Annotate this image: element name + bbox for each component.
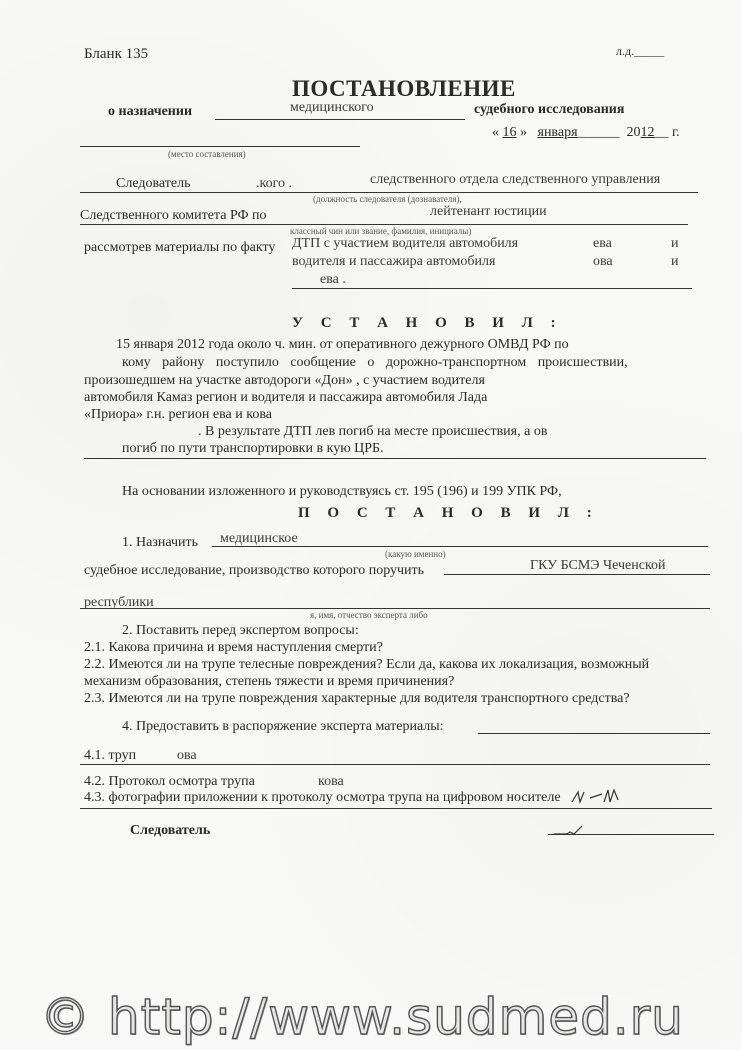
signature-icon <box>552 822 592 838</box>
date-month: января <box>538 125 578 140</box>
date-day: 16 <box>503 125 517 140</box>
investigator-department: следственного отдела следственного управ… <box>370 172 660 188</box>
signature-label: Следователь <box>130 823 210 839</box>
investigator-rank: лейтенант юстиции <box>430 204 547 220</box>
section-established: У С Т А Н О В И Л : <box>292 315 563 332</box>
facts-label: рассмотрев материалы по факту <box>84 240 275 256</box>
title-suffix: судебного исследования <box>474 102 624 118</box>
document-page: Бланк 135 л.д._____ ПОСТАНОВЛЕНИЕ о назн… <box>0 0 742 1050</box>
expert-org-field: ГКУ БСМЭ Чеченской <box>530 558 666 574</box>
material-item: 4.2. Протокол осмотра трупа <box>84 774 255 790</box>
title-prefix: о назначении <box>108 104 192 120</box>
exam-type-field: медицинского <box>290 100 374 116</box>
section-resolved: П О С Т А Н О В И Л : <box>298 505 599 522</box>
material-item: 4.1. труп <box>84 748 136 764</box>
form-number: Бланк 135 <box>84 46 148 63</box>
case-file-ref: л.д._____ <box>616 44 664 59</box>
handwritten-mark-icon <box>568 786 628 808</box>
committee-label: Следственного комитета РФ по <box>80 208 267 224</box>
date-field: « 16 » января______ 2012__ г. <box>492 125 680 141</box>
investigator-label: Следователь <box>116 176 190 192</box>
place-caption: (место составления) <box>168 149 246 159</box>
legal-basis: На основании изложенного и руководствуяс… <box>122 484 562 500</box>
document-title: ПОСТАНОВЛЕНИЕ <box>292 76 516 102</box>
material-item: 4.3. фотографии приложении к протоколу о… <box>84 790 561 806</box>
date-year: 12 <box>641 125 655 140</box>
watermark: © http://www.sudmed.ru <box>40 988 684 1046</box>
exam-kind-field: медицинское <box>220 531 298 547</box>
